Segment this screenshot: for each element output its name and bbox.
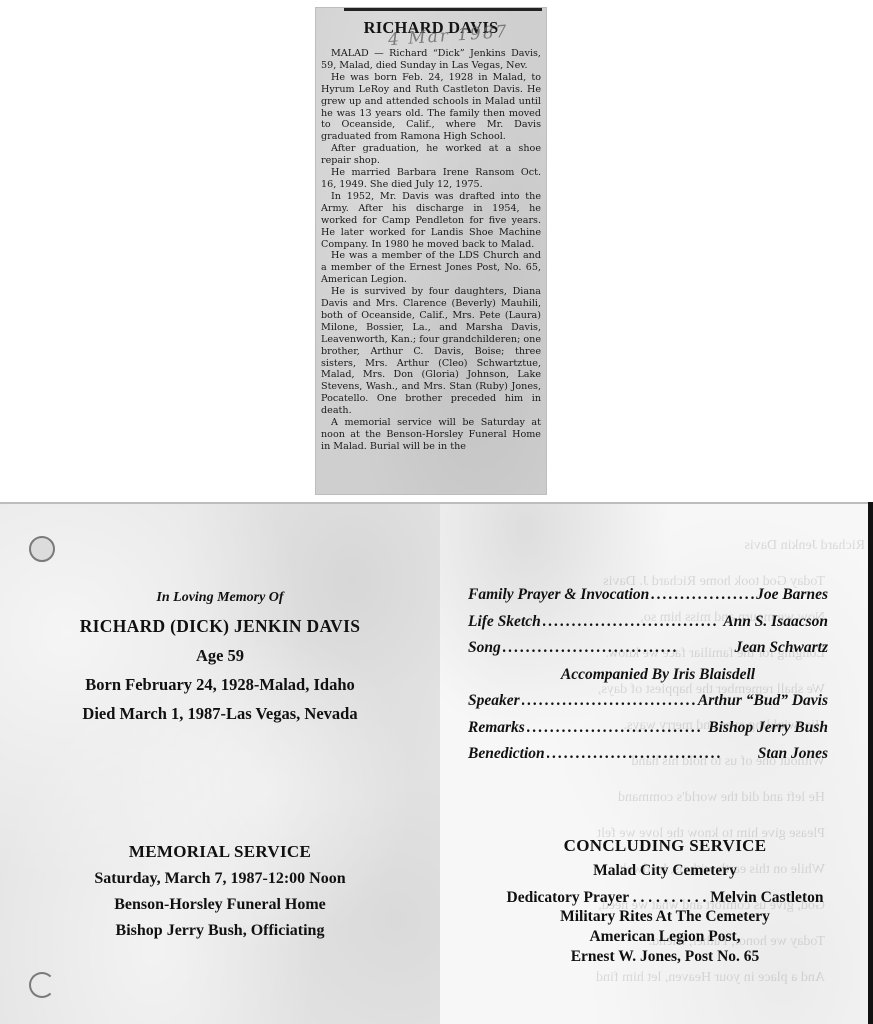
program-item-name: Jean Schwartz <box>735 639 828 657</box>
leader-dots: .............................. <box>503 639 733 657</box>
scan-edge-divider <box>0 502 873 504</box>
program-item-label: Speaker <box>468 692 520 710</box>
leader-dots: . . . . . . . . . . <box>633 889 711 906</box>
bleed-through-line: He left and did the world's command <box>525 790 825 806</box>
leader-dots: .............................. <box>527 719 706 737</box>
program-item-label: Family Prayer & Invocation <box>468 586 649 604</box>
memory-heading: In Loving Memory Of <box>0 590 440 606</box>
program-item-label: Life Sketch <box>468 613 541 631</box>
bleed-through-line: And a place in your Heaven, let him find <box>525 970 825 986</box>
obituary-clipping: RICHARD DAVIS 4 Mar 1987 MALAD — Richard… <box>316 8 546 494</box>
obituary-paragraph: A memorial service will be Saturday at n… <box>321 417 541 453</box>
obituary-paragraph: He married Barbara Irene Ransom Oct. 16,… <box>321 167 541 191</box>
obituary-paragraph: He was born Feb. 24, 1928 in Malad, to H… <box>321 72 541 143</box>
birth-info: Born February 24, 1928-Malad, Idaho <box>0 675 440 695</box>
bleed-through-line: Richard Jenkin Davis <box>565 538 865 554</box>
obituary-paragraph: In 1952, Mr. Davis was drafted into the … <box>321 191 541 251</box>
deceased-name: RICHARD (DICK) JENKIN DAVIS <box>0 616 440 637</box>
obituary-paragraph: He is survived by four daughters, Diana … <box>321 286 541 417</box>
accompaniment-note: Accompanied By Iris Blaisdell <box>468 666 828 693</box>
program-item-label: Song <box>468 639 501 657</box>
program-item: Song .............................. Jean… <box>468 639 828 666</box>
program-item: Speaker .............................. A… <box>468 692 828 719</box>
leader-dots: .............................. <box>543 613 722 631</box>
obituary-body: MALAD — Richard “Dick” Jenkins Davis, 59… <box>321 48 541 453</box>
order-of-service: Family Prayer & Invocation .............… <box>468 586 828 772</box>
program-item: Life Sketch ............................… <box>468 613 828 640</box>
concluding-service-block: CONCLUDING SERVICE Malad City Cemetery D… <box>460 836 870 967</box>
program-item-name: Arthur “Bud” Davis <box>698 692 828 710</box>
memorial-program: Richard Jenkin DavisToday God took home … <box>0 502 873 1024</box>
obituary-paragraph: He was a member of the LDS Church and a … <box>321 250 541 286</box>
dedicatory-prayer-name: Melvin Castleton <box>710 889 823 906</box>
leader-dots: .............................. <box>651 586 754 604</box>
leader-dots: .............................. <box>522 692 696 710</box>
punch-hole-icon <box>29 972 55 998</box>
dedicatory-prayer-row: Dedicatory Prayer . . . . . . . . . . Me… <box>460 889 870 907</box>
program-item-name: Bishop Jerry Bush <box>708 719 828 737</box>
memory-block: In Loving Memory Of RICHARD (DICK) JENKI… <box>0 590 440 724</box>
program-item: Benediction ............................… <box>468 745 828 772</box>
concluding-service-heading: CONCLUDING SERVICE <box>460 836 870 856</box>
dedicatory-prayer-label: Dedicatory Prayer <box>507 889 629 906</box>
program-item-name: Stan Jones <box>758 745 828 763</box>
legion-post: American Legion Post, <box>460 927 870 947</box>
cemetery-name: Malad City Cemetery <box>460 862 870 879</box>
service-date: Saturday, March 7, 1987-12:00 Noon <box>0 870 440 888</box>
program-item: Family Prayer & Invocation .............… <box>468 586 828 613</box>
program-item-label: Benediction <box>468 745 545 763</box>
program-item-name: Joe Barnes <box>756 586 828 604</box>
program-item: Remarks .............................. B… <box>468 719 828 746</box>
officiant: Bishop Jerry Bush, Officiating <box>0 922 440 940</box>
program-left-panel <box>0 502 440 1024</box>
memorial-service-heading: MEMORIAL SERVICE <box>0 842 440 862</box>
obituary-paragraph: After graduation, he worked at a shoe re… <box>321 143 541 167</box>
program-item-name: Ann S. Isaacson <box>723 613 828 631</box>
program-item-label: Remarks <box>468 719 525 737</box>
leader-dots: .............................. <box>547 745 756 763</box>
post-name: Ernest W. Jones, Post No. 65 <box>460 947 870 967</box>
obituary-paragraph: MALAD — Richard “Dick” Jenkins Davis, 59… <box>321 48 541 72</box>
punch-hole-icon <box>29 536 55 562</box>
death-info: Died March 1, 1987-Las Vegas, Nevada <box>0 704 440 724</box>
age: Age 59 <box>0 646 440 666</box>
military-rites: Military Rites At The Cemetery <box>460 907 870 927</box>
memorial-service-block: MEMORIAL SERVICE Saturday, March 7, 1987… <box>0 842 440 940</box>
service-place: Benson-Horsley Funeral Home <box>0 896 440 914</box>
